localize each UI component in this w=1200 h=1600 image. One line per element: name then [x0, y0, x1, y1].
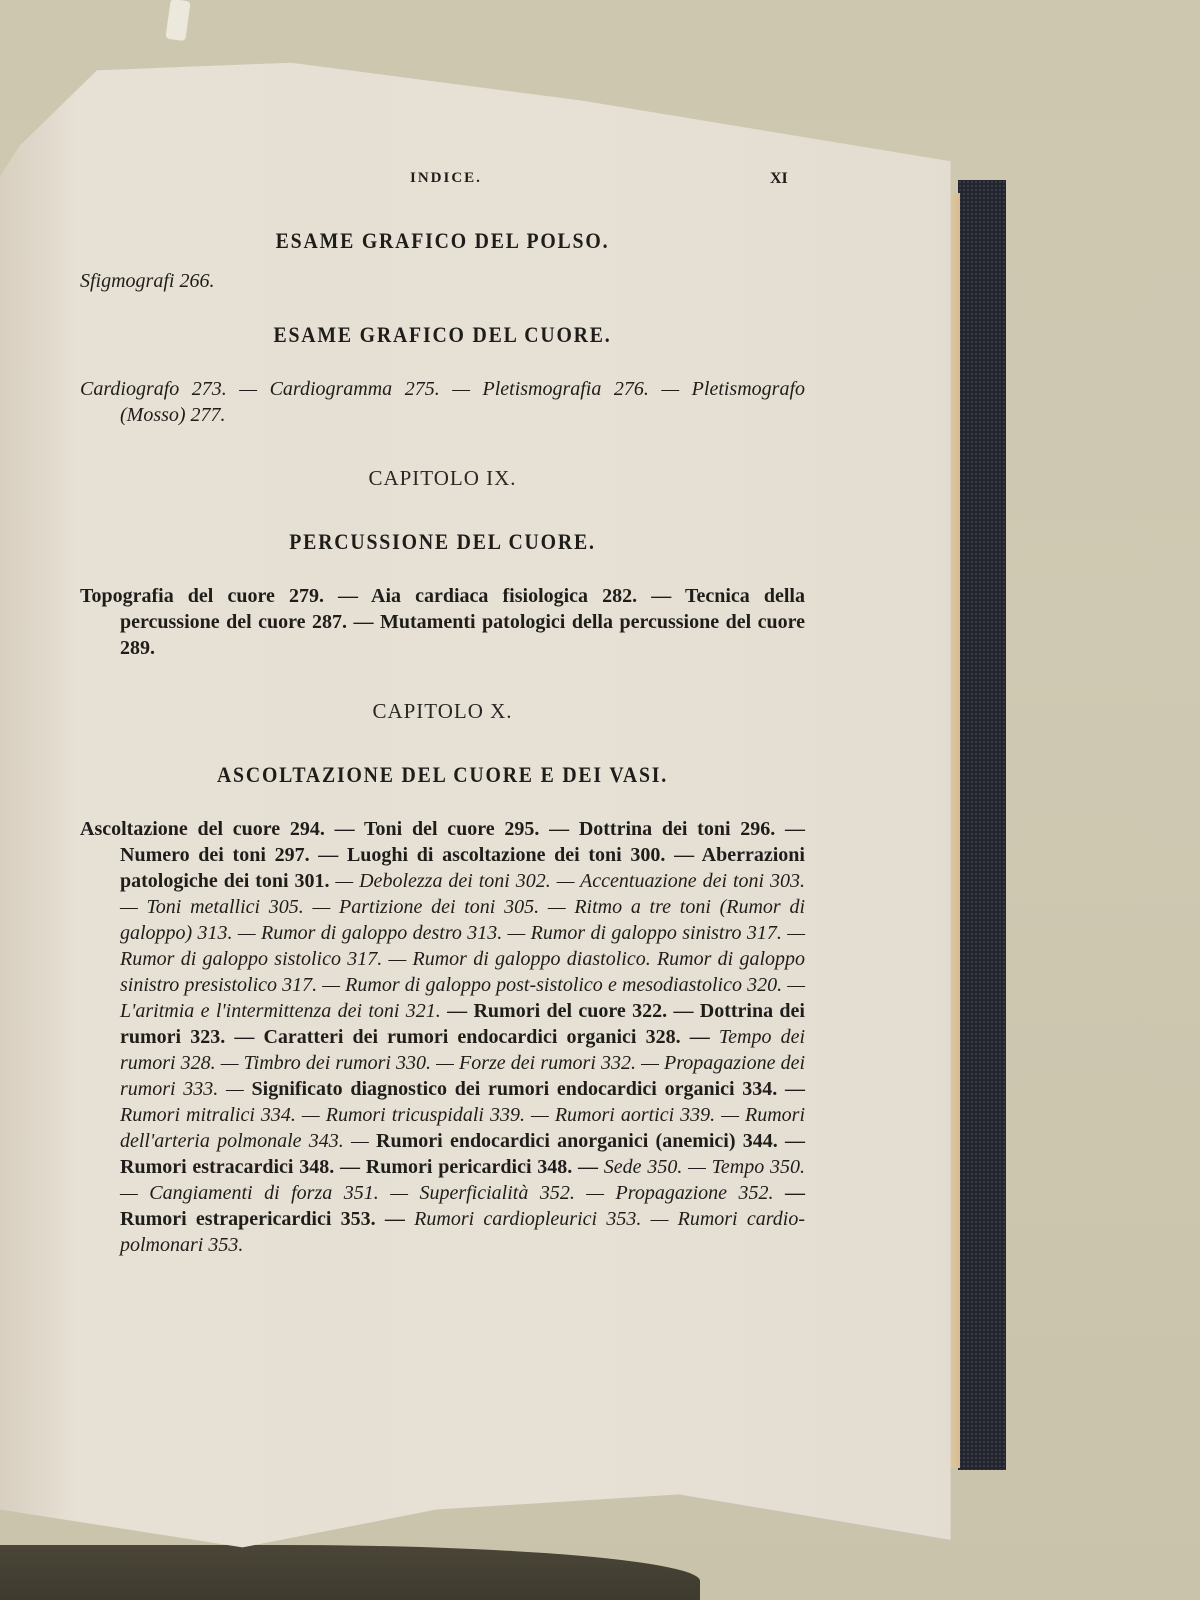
- section-title-polso: ESAME GRAFICO DEL POLSO.: [116, 228, 769, 254]
- index-entry: Cardiografo 273. — Cardiogramma 275. — P…: [80, 376, 805, 428]
- section-title-ascoltazione: ASCOLTAZIONE DEL CUORE E DEI VASI.: [116, 762, 769, 788]
- index-entry: Sfigmografi 266.: [80, 268, 805, 294]
- chapter-heading-ix: CAPITOLO IX.: [80, 466, 805, 491]
- page-content: INDICE. XI ESAME GRAFICO DEL POLSO. Sfig…: [80, 170, 805, 1258]
- index-entry: Topografia del cuore 279. — Aia cardiaca…: [80, 583, 805, 661]
- running-title: INDICE.: [410, 170, 482, 187]
- page-number: XI: [770, 170, 788, 188]
- index-entry-ascoltazione: Ascoltazione del cuore 294. — Toni del c…: [80, 816, 805, 1258]
- bookmark-ribbon: [165, 0, 190, 41]
- table-shadow: [0, 1545, 700, 1600]
- chapter-heading-x: CAPITOLO X.: [80, 699, 805, 724]
- section-title-percussione: PERCUSSIONE DEL CUORE.: [116, 529, 769, 555]
- running-head: INDICE. XI: [80, 170, 805, 200]
- book-cover-edge: [958, 180, 1006, 1470]
- section-title-cuore: ESAME GRAFICO DEL CUORE.: [116, 322, 769, 348]
